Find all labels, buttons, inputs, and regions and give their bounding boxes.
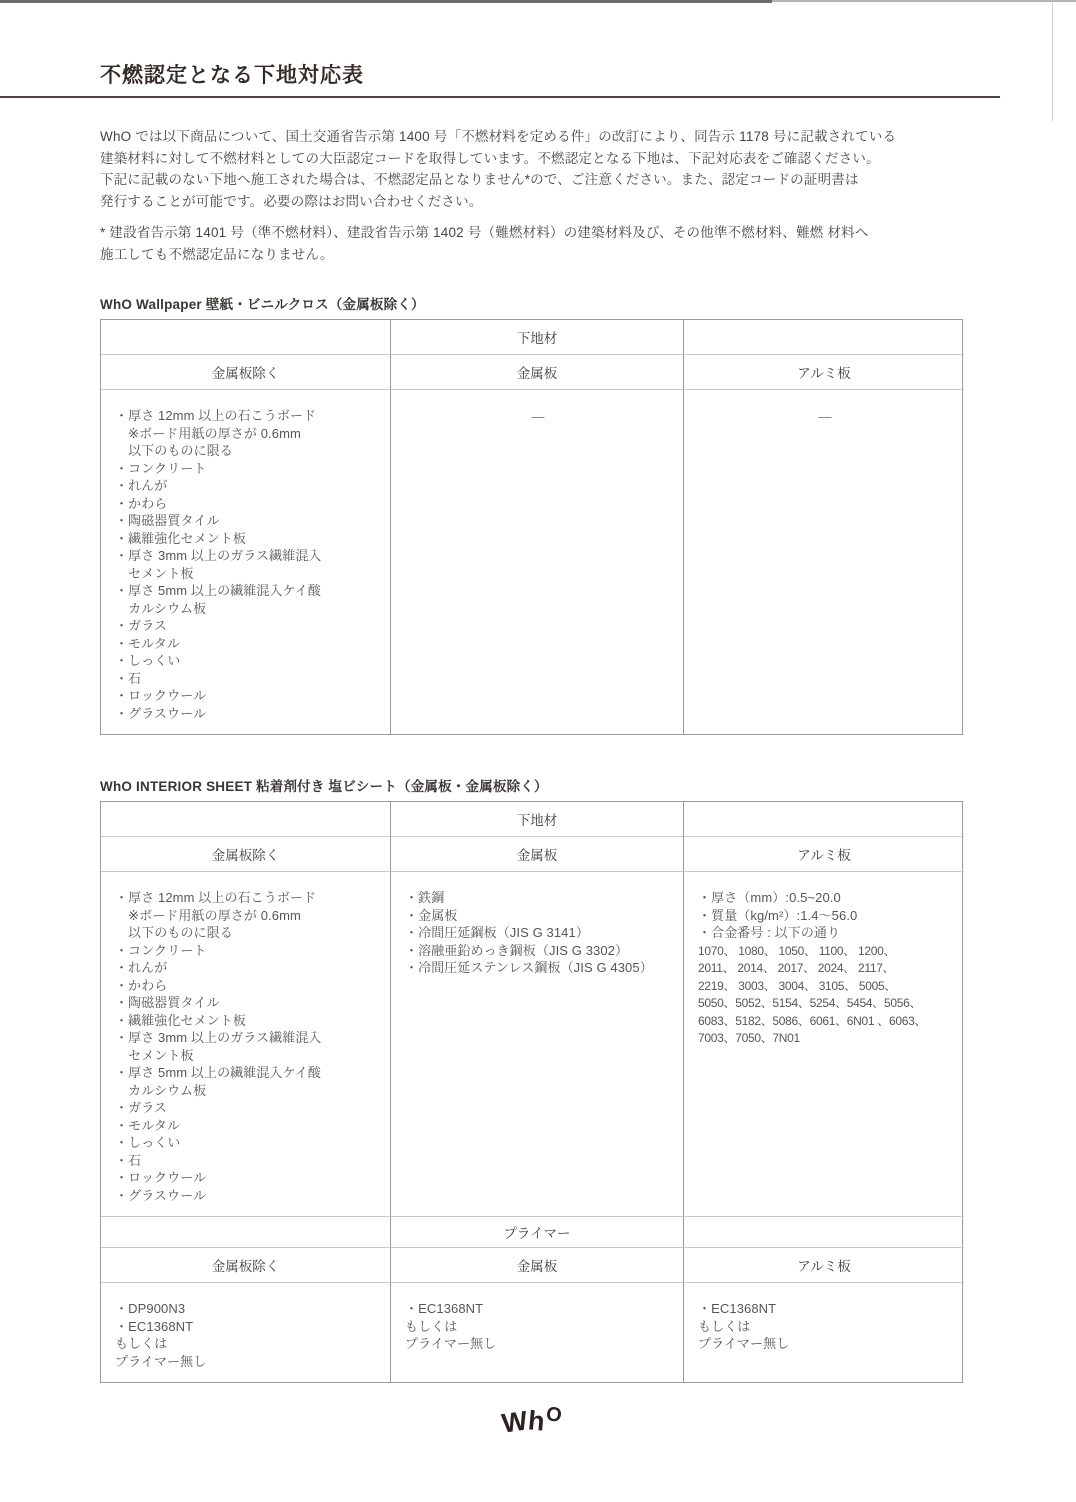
- scan-artifact-right-edge: [1052, 3, 1053, 121]
- wallpaper-substrate-table: 下地材 金属板除く 金属板 アルミ板 ・厚さ 12mm 以上の石こうボード ※ボ…: [100, 319, 963, 735]
- column-header-metal: 金属板: [391, 837, 684, 872]
- metal-substrate-list-cell: ・鉄鋼 ・金属板 ・冷間圧延鋼板（JIS G 3141） ・溶融亜鉛めっき鋼板（…: [391, 872, 684, 1217]
- aluminum-cell-dash: —: [684, 390, 964, 734]
- primer-metal-cell: ・EC1368NT もしくは プライマー無し: [391, 1283, 684, 1382]
- column-header-metal: 金属板: [391, 355, 684, 390]
- footer: WhO: [100, 1407, 963, 1438]
- scan-artifact-top-light: [772, 0, 1076, 2]
- scan-artifact-top-dark: [0, 0, 772, 3]
- table-cell-blank: [684, 1217, 964, 1248]
- aluminum-spec-bullets: ・厚さ（mm）:0.5~20.0 ・質量（kg/m²）:1.4〜56.0 ・合金…: [698, 889, 952, 942]
- table-cell-blank: [684, 320, 964, 355]
- column-header-non-metal: 金属板除く: [101, 837, 391, 872]
- column-header-non-metal: 金属板除く: [101, 1248, 391, 1283]
- interior-sheet-section: WhO INTERIOR SHEET 粘着剤付き 塩ビシート（金属板・金属板除く…: [100, 775, 963, 1383]
- title-underline-rule: [0, 96, 1000, 98]
- interior-sheet-table: 下地材 金属板除く 金属板 アルミ板 ・厚さ 12mm 以上の石こうボード ※ボ…: [100, 801, 963, 1383]
- substrate-group-header: 下地材: [391, 320, 684, 355]
- column-header-non-metal: 金属板除く: [101, 355, 391, 390]
- document-page: 不燃認定となる下地対応表 WhO では以下商品について、国土交通省告示第 140…: [0, 0, 1076, 1502]
- substrate-list-cell: ・厚さ 12mm 以上の石こうボード ※ボード用紙の厚さが 0.6mm 以下のも…: [101, 390, 391, 734]
- table-cell-blank: [101, 1217, 391, 1248]
- substrate-group-header: 下地材: [391, 802, 684, 837]
- column-header-aluminum: アルミ板: [684, 355, 964, 390]
- intro-paragraph: WhO では以下商品について、国土交通省告示第 1400 号「不燃材料を定める件…: [100, 126, 963, 212]
- interior-sheet-section-heading: WhO INTERIOR SHEET 粘着剤付き 塩ビシート（金属板・金属板除く…: [100, 775, 963, 795]
- document-content: 不燃認定となる下地対応表 WhO では以下商品について、国土交通省告示第 140…: [0, 0, 963, 1438]
- column-header-metal: 金属板: [391, 1248, 684, 1283]
- metal-cell-dash: —: [391, 390, 684, 734]
- wallpaper-section-heading: WhO Wallpaper 壁紙・ビニルクロス（金属板除く）: [100, 293, 963, 313]
- primer-non-metal-cell: ・DP900N3 ・EC1368NT もしくは プライマー無し: [101, 1283, 391, 1382]
- who-logo-letter-w: W: [500, 1405, 530, 1439]
- who-logo-letter-h: h: [527, 1405, 546, 1437]
- table-cell-blank: [684, 802, 964, 837]
- footnote-paragraph: * 建設省告示第 1401 号（準不燃材料）、建設省告示第 1402 号（難燃材…: [100, 222, 963, 265]
- who-logo-letter-o: O: [544, 1403, 563, 1428]
- substrate-list-cell: ・厚さ 12mm 以上の石こうボード ※ボード用紙の厚さが 0.6mm 以下のも…: [101, 872, 391, 1217]
- primer-aluminum-cell: ・EC1368NT もしくは プライマー無し: [684, 1283, 964, 1382]
- column-header-aluminum: アルミ板: [684, 837, 964, 872]
- who-logo: WhO: [502, 1407, 562, 1438]
- alloy-number-list: 1070、 1080、 1050、 1100、 1200、 2011、 2014…: [698, 943, 952, 1048]
- aluminum-spec-cell: ・厚さ（mm）:0.5~20.0 ・質量（kg/m²）:1.4〜56.0 ・合金…: [684, 872, 964, 1217]
- table-cell-blank: [101, 802, 391, 837]
- page-title: 不燃認定となる下地対応表: [100, 62, 963, 90]
- primer-group-header: プライマー: [391, 1217, 684, 1248]
- wallpaper-section: WhO Wallpaper 壁紙・ビニルクロス（金属板除く） 下地材 金属板除く…: [100, 293, 963, 735]
- table-cell-blank: [101, 320, 391, 355]
- column-header-aluminum: アルミ板: [684, 1248, 964, 1283]
